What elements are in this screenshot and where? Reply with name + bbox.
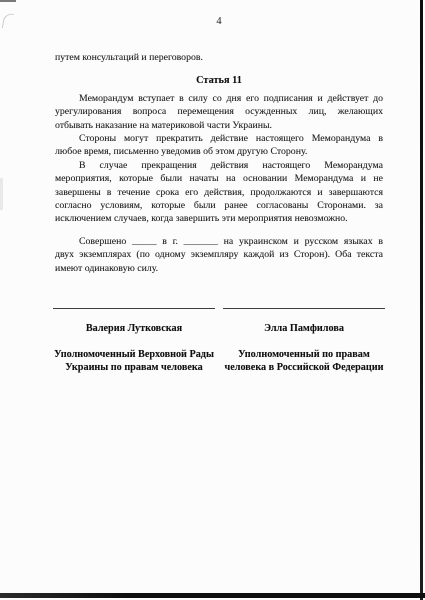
- signatory-title-line: человека в Российской Федерации: [223, 361, 385, 374]
- document-body: путем консультаций и переговоров. Статья…: [55, 51, 383, 374]
- signatory-name: Элла Памфилова: [223, 322, 385, 335]
- scan-right-edge: [420, 0, 423, 600]
- signature-block: Валерия Лутковская Уполномоченный Верхов…: [53, 308, 385, 373]
- signatory-title-line: Уполномоченный по правам: [223, 348, 385, 361]
- scan-bottom-edge: [0, 593, 425, 598]
- scanned-document-page: 4 путем консультаций и переговоров. Стат…: [0, 0, 425, 600]
- signatory-title: Уполномоченный Верховной Рады Украины по…: [53, 348, 215, 374]
- signature-line: [223, 308, 385, 309]
- paragraph-line: мероприятия, которые были начаты на осно…: [55, 172, 383, 185]
- paragraph-line: согласно условиям, которые были ранее со…: [55, 199, 383, 212]
- paragraph-line: исключением случаев, когда завершить эти…: [55, 212, 383, 225]
- article-heading: Статья 11: [55, 74, 383, 87]
- paragraph-entry-into-force: Меморандум вступает в силу со дня его по…: [55, 92, 383, 132]
- signatory-name: Валерия Лутковская: [53, 322, 215, 335]
- signatory-title: Уполномоченный по правам человека в Росс…: [223, 348, 385, 374]
- scan-left-smudge: [0, 178, 3, 210]
- paragraph-line: завершены в течение срока его действия, …: [55, 186, 383, 199]
- signature-line: [53, 308, 215, 309]
- carryover-sentence: путем консультаций и переговоров.: [55, 51, 383, 64]
- scan-top-edge-artifact: [0, 0, 16, 2]
- signature-right: Элла Памфилова Уполномоченный по правам …: [223, 308, 385, 373]
- page-number: 4: [55, 16, 383, 27]
- paragraph-line: двух экземплярах (по одному экземпляру к…: [55, 248, 383, 261]
- signatory-title-line: Украины по правам человека: [53, 361, 215, 374]
- paragraph-line: любое время, письменно уведомив об этом …: [55, 145, 383, 158]
- paragraph-line: урегулирования вопроса перемещения осужд…: [55, 105, 383, 118]
- paragraph-line: В случае прекращения действия настоящего…: [55, 159, 383, 172]
- signatory-title-line: Уполномоченный Верховной Рады: [53, 348, 215, 361]
- paragraph-line: Стороны могут прекратить действие настоя…: [55, 132, 383, 145]
- paragraph-line: отбывать наказание на материковой части …: [55, 119, 383, 132]
- scan-corner-artifact: [2, 12, 14, 29]
- paragraph-line: Меморандум вступает в силу со дня его по…: [55, 92, 383, 105]
- paragraph-termination: Стороны могут прекратить действие настоя…: [55, 132, 383, 226]
- paragraph-line: Совершено _____ в г. _______ на украинск…: [55, 235, 383, 248]
- paragraph-line: имеют одинаковую силу.: [55, 262, 383, 275]
- paragraph-executed-copies: Совершено _____ в г. _______ на украинск…: [55, 235, 383, 275]
- signature-left: Валерия Лутковская Уполномоченный Верхов…: [53, 308, 215, 373]
